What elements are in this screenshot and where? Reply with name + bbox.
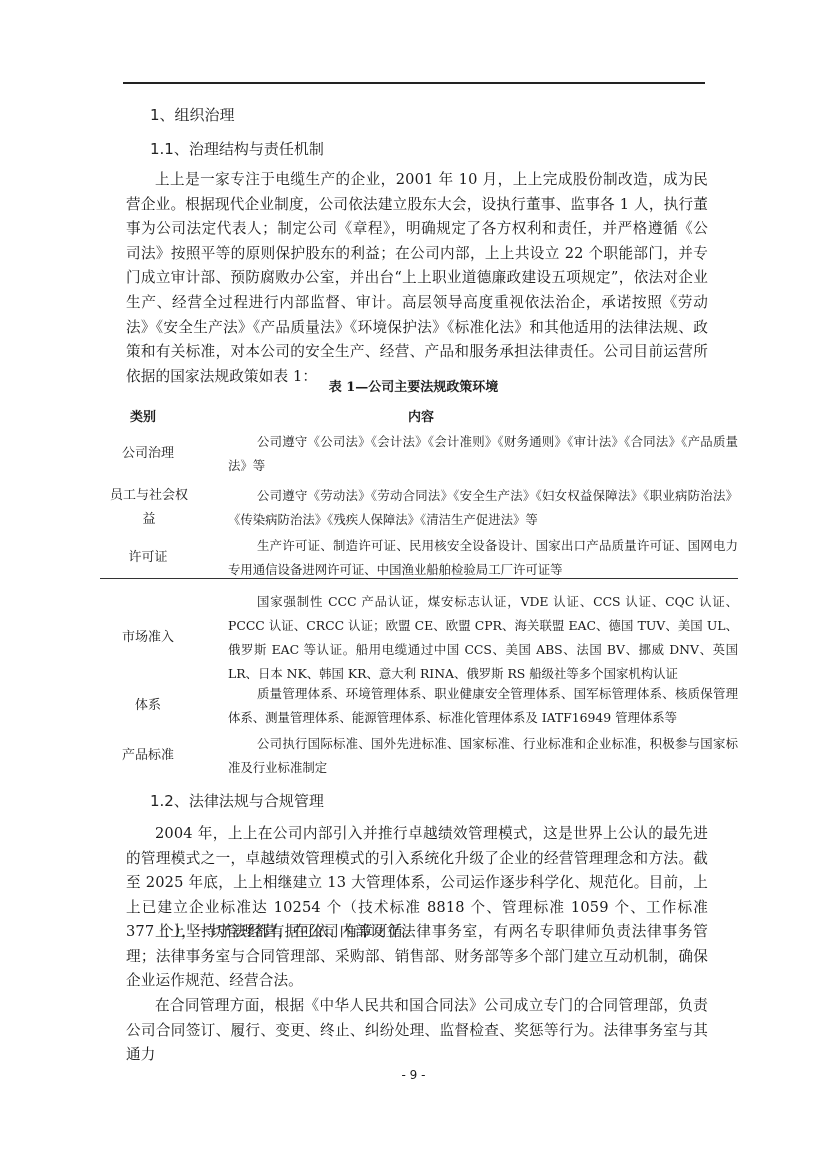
subsection-title-governance: 1.1、治理结构与责任机制 xyxy=(150,138,324,159)
subsection-title-compliance: 1.2、法律法规与合规管理 xyxy=(150,790,324,811)
table-cell-content: 国家强制性 CCC 产品认证，煤安标志认证，VDE 认证、CCS 认证、CQC … xyxy=(228,590,738,686)
table-cell-category: 产品标准 xyxy=(100,744,196,768)
table-caption: 表 1—公司主要法规政策环境 xyxy=(0,376,827,395)
page-number: - 9 - xyxy=(0,1068,827,1082)
table-header-category: 类别 xyxy=(130,406,156,425)
table-cell-content: 公司遵守《劳动法》《劳动合同法》《安全生产法》《妇女权益保障法》《职业病防治法》… xyxy=(228,484,738,532)
section-title: 1、组织治理 xyxy=(150,104,235,125)
table-cell-category: 员工与社会权益 xyxy=(106,484,192,532)
table-divider-rule xyxy=(100,578,738,579)
table-cell-content: 生产许可证、制造许可证、民用核安全设备设计、国家出口产品质量许可证、国网电力专用… xyxy=(228,534,738,582)
table-cell-content: 公司遵守《公司法》《会计法》《会计准则》《财务通则》《审计法》《合同法》《产品质… xyxy=(228,430,738,478)
paragraph-compliance-2: 上上坚持守法经营，在公司内部设立法律事务室，有两名专职律师负责法律事务管理；法律… xyxy=(126,920,708,994)
paragraph-governance: 上上是一家专注于电缆生产的企业，2001 年 10 月，上上完成股份制改造，成为… xyxy=(126,168,708,389)
table-cell-category: 公司治理 xyxy=(100,442,196,466)
paragraph-compliance-3: 在合同管理方面，根据《中华人民共和国合同法》公司成立专门的合同管理部，负责公司合… xyxy=(126,994,708,1068)
table-cell-content: 质量管理体系、环境管理体系、职业健康安全管理体系、国军标管理体系、核质保管理体系… xyxy=(228,682,738,730)
table-header-content: 内容 xyxy=(408,406,434,425)
table-cell-category: 体系 xyxy=(100,694,196,718)
table-cell-category: 市场准入 xyxy=(100,626,196,650)
header-rule xyxy=(123,82,705,84)
table-cell-content: 公司执行国际标准、国外先进标准、国家标准、行业标准和企业标准，积极参与国家标准及… xyxy=(228,732,738,780)
table-cell-category: 许可证 xyxy=(100,546,196,570)
